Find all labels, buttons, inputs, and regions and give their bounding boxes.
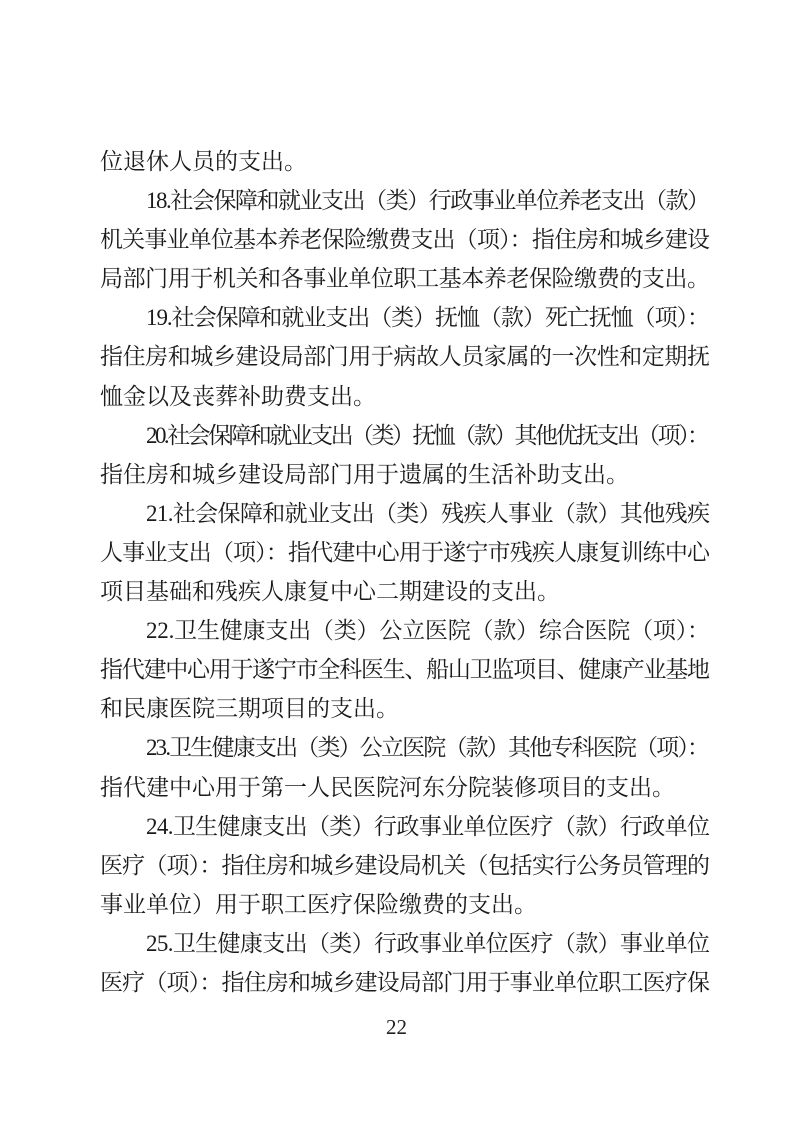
text-line-content: 21.社会保障和就业支出（类）残疾人事业（款）其他残疾 xyxy=(146,494,709,533)
text-line-content: 24.卫生健康支出（类）行政事业单位医疗（款）行政单位 xyxy=(146,807,709,846)
text-line: 和民康医院三期项目的支出。 xyxy=(100,689,710,728)
text-line: 医疗（项）：指住房和城乡建设局机关（包括实行公务员管理的 xyxy=(100,846,710,885)
text-line-content: 事业单位）用于职工医疗保险缴费的支出。 xyxy=(100,885,537,924)
text-line-content: 22.卫生健康支出（类）公立医院（款）综合医院（项）： xyxy=(146,611,710,650)
text-line: 23.卫生健康支出（类）公立医院（款）其他专科医院（项）： xyxy=(100,728,710,767)
paragraph: 20.社会保障和就业支出（类）抚恤（款）其他优抚支出（项）：指住房和城乡建设局部… xyxy=(100,416,710,494)
text-line-content: 位退休人员的支出。 xyxy=(100,142,307,181)
text-line-content: 人事业支出（项）：指代建中心用于遂宁市残疾人康复训练中心 xyxy=(100,533,709,572)
text-line-content: 指代建中心用于遂宁市全科医生、船山卫监项目、健康产业基地 xyxy=(100,650,709,689)
text-line: 医疗（项）：指住房和城乡建设局部门用于事业单位职工医疗保 xyxy=(100,963,710,1002)
document-body: 位退休人员的支出。18.社会保障和就业支出（类）行政事业单位养老支出（款）机关事… xyxy=(100,142,710,1002)
text-line-content: 机关事业单位基本养老保险缴费支出（项）：指住房和城乡建设 xyxy=(100,220,709,259)
text-line: 项目基础和残疾人康复中心二期建设的支出。 xyxy=(100,572,710,611)
text-line: 恤金以及丧葬补助费支出。 xyxy=(100,377,710,416)
text-line: 指代建中心用于遂宁市全科医生、船山卫监项目、健康产业基地 xyxy=(100,650,710,689)
text-line: 20.社会保障和就业支出（类）抚恤（款）其他优抚支出（项）： xyxy=(100,416,710,455)
text-line-content: 指住房和城乡建设局部门用于病故人员家属的一次性和定期抚 xyxy=(100,337,710,376)
text-line-content: 18.社会保障和就业支出（类）行政事业单位养老支出（款） xyxy=(146,181,709,220)
text-line: 指代建中心用于第一人民医院河东分院装修项目的支出。 xyxy=(100,768,710,807)
text-line-content: 恤金以及丧葬补助费支出。 xyxy=(100,377,376,416)
text-line: 18.社会保障和就业支出（类）行政事业单位养老支出（款） xyxy=(100,181,710,220)
text-line-content: 指住房和城乡建设局部门用于遗属的生活补助支出。 xyxy=(100,455,629,494)
text-line-content: 指代建中心用于第一人民医院河东分院装修项目的支出。 xyxy=(100,768,675,807)
paragraph: 18.社会保障和就业支出（类）行政事业单位养老支出（款）机关事业单位基本养老保险… xyxy=(100,181,710,298)
text-line: 22.卫生健康支出（类）公立医院（款）综合医院（项）： xyxy=(100,611,710,650)
text-line: 21.社会保障和就业支出（类）残疾人事业（款）其他残疾 xyxy=(100,494,710,533)
paragraph: 23.卫生健康支出（类）公立医院（款）其他专科医院（项）：指代建中心用于第一人民… xyxy=(100,728,710,806)
text-line-content: 项目基础和残疾人康复中心二期建设的支出。 xyxy=(100,572,560,611)
page-number: 22 xyxy=(0,1012,793,1042)
text-line: 24.卫生健康支出（类）行政事业单位医疗（款）行政单位 xyxy=(100,807,710,846)
text-line-content: 局部门用于机关和各事业单位职工基本养老保险缴费的支出。 xyxy=(100,259,710,298)
text-line: 指住房和城乡建设局部门用于病故人员家属的一次性和定期抚 xyxy=(100,337,710,376)
paragraph: 22.卫生健康支出（类）公立医院（款）综合医院（项）：指代建中心用于遂宁市全科医… xyxy=(100,611,710,728)
document-page: 位退休人员的支出。18.社会保障和就业支出（类）行政事业单位养老支出（款）机关事… xyxy=(0,0,793,1122)
text-line-content: 19.社会保障和就业支出（类）抚恤（款）死亡抚恤（项）： xyxy=(146,298,709,337)
paragraph: 21.社会保障和就业支出（类）残疾人事业（款）其他残疾人事业支出（项）：指代建中… xyxy=(100,494,710,611)
text-line: 指住房和城乡建设局部门用于遗属的生活补助支出。 xyxy=(100,455,710,494)
text-line: 25.卫生健康支出（类）行政事业单位医疗（款）事业单位 xyxy=(100,924,710,963)
text-line-content: 医疗（项）：指住房和城乡建设局部门用于事业单位职工医疗保 xyxy=(100,963,709,1002)
paragraph: 19.社会保障和就业支出（类）抚恤（款）死亡抚恤（项）：指住房和城乡建设局部门用… xyxy=(100,298,710,415)
text-line-content: 25.卫生健康支出（类）行政事业单位医疗（款）事业单位 xyxy=(146,924,709,963)
paragraph: 24.卫生健康支出（类）行政事业单位医疗（款）行政单位医疗（项）：指住房和城乡建… xyxy=(100,807,710,924)
text-line: 19.社会保障和就业支出（类）抚恤（款）死亡抚恤（项）： xyxy=(100,298,710,337)
paragraph: 位退休人员的支出。 xyxy=(100,142,710,181)
text-line-content: 23.卫生健康支出（类）公立医院（款）其他专科医院（项）： xyxy=(146,728,708,767)
text-line-content: 20.社会保障和就业支出（类）抚恤（款）其他优抚支出（项）： xyxy=(146,416,707,455)
text-line-content: 医疗（项）：指住房和城乡建设局机关（包括实行公务员管理的 xyxy=(100,846,709,885)
text-line: 局部门用于机关和各事业单位职工基本养老保险缴费的支出。 xyxy=(100,259,710,298)
text-line: 位退休人员的支出。 xyxy=(100,142,710,181)
text-line: 机关事业单位基本养老保险缴费支出（项）：指住房和城乡建设 xyxy=(100,220,710,259)
text-line: 人事业支出（项）：指代建中心用于遂宁市残疾人康复训练中心 xyxy=(100,533,710,572)
paragraph: 25.卫生健康支出（类）行政事业单位医疗（款）事业单位医疗（项）：指住房和城乡建… xyxy=(100,924,710,1002)
text-line-content: 和民康医院三期项目的支出。 xyxy=(100,689,399,728)
text-line: 事业单位）用于职工医疗保险缴费的支出。 xyxy=(100,885,710,924)
